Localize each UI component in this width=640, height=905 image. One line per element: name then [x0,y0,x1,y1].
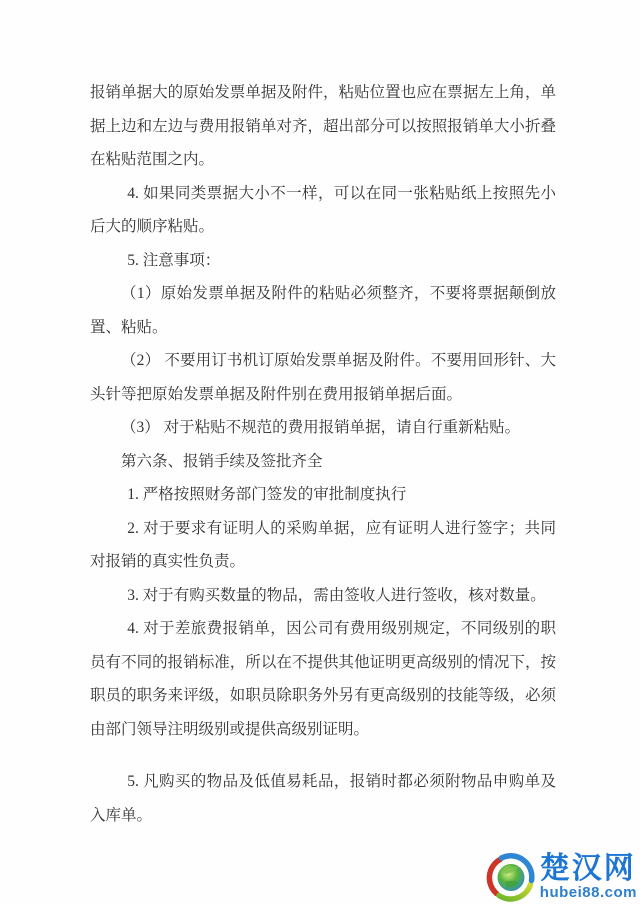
paragraph: 4. 如果同类票据大小不一样，可以在同一张粘贴纸上按照先小后大的顺序粘贴。 [90,177,556,244]
document-page: 报销单据大的原始发票单据及附件，粘贴位置也应在票据左上角，单据上边和左边与费用报… [0,0,640,905]
site-name: 楚汉网 [540,854,637,884]
paragraph: 第六条、报销手续及签批齐全 [90,445,556,479]
paragraph: （3） 对于粘贴不规范的费用报销单据，请自行重新粘贴。 [90,411,556,445]
paragraph: （2） 不要用订书机订原始发票单据及附件。不要用回形针、大头针等把原始发票单据及… [90,344,556,411]
paragraph: 3. 对于有购买数量的物品，需由签收人进行签收，核对数量。 [90,579,556,613]
site-url: hubei88.com [540,884,637,901]
paragraph: 报销单据大的原始发票单据及附件，粘贴位置也应在票据左上角，单据上边和左边与费用报… [90,76,556,177]
paragraph: 1. 严格按照财务部门签发的审批制度执行 [90,478,556,512]
site-watermark: 楚汉网 hubei88.com [484,851,637,904]
paragraph: 5. 凡购买的物品及低值易耗品，报销时都必须附物品申购单及入库单。 [90,765,556,832]
paragraph: 5. 注意事项： [90,244,556,278]
globe-icon [484,851,538,904]
paragraph: （1）原始发票单据及附件的粘贴必须整齐，不要将票据颠倒放置、粘贴。 [90,277,556,344]
site-watermark-text: 楚汉网 hubei88.com [540,854,637,901]
document-body: 报销单据大的原始发票单据及附件，粘贴位置也应在票据左上角，单据上边和左边与费用报… [90,76,556,832]
paragraph: 4. 对于差旅费报销单，因公司有费用级别规定，不同级别的职员有不同的报销标准，所… [90,612,556,746]
paragraph: 2. 对于要求有证明人的采购单据，应有证明人进行签字；共同对报销的真实性负责。 [90,512,556,579]
